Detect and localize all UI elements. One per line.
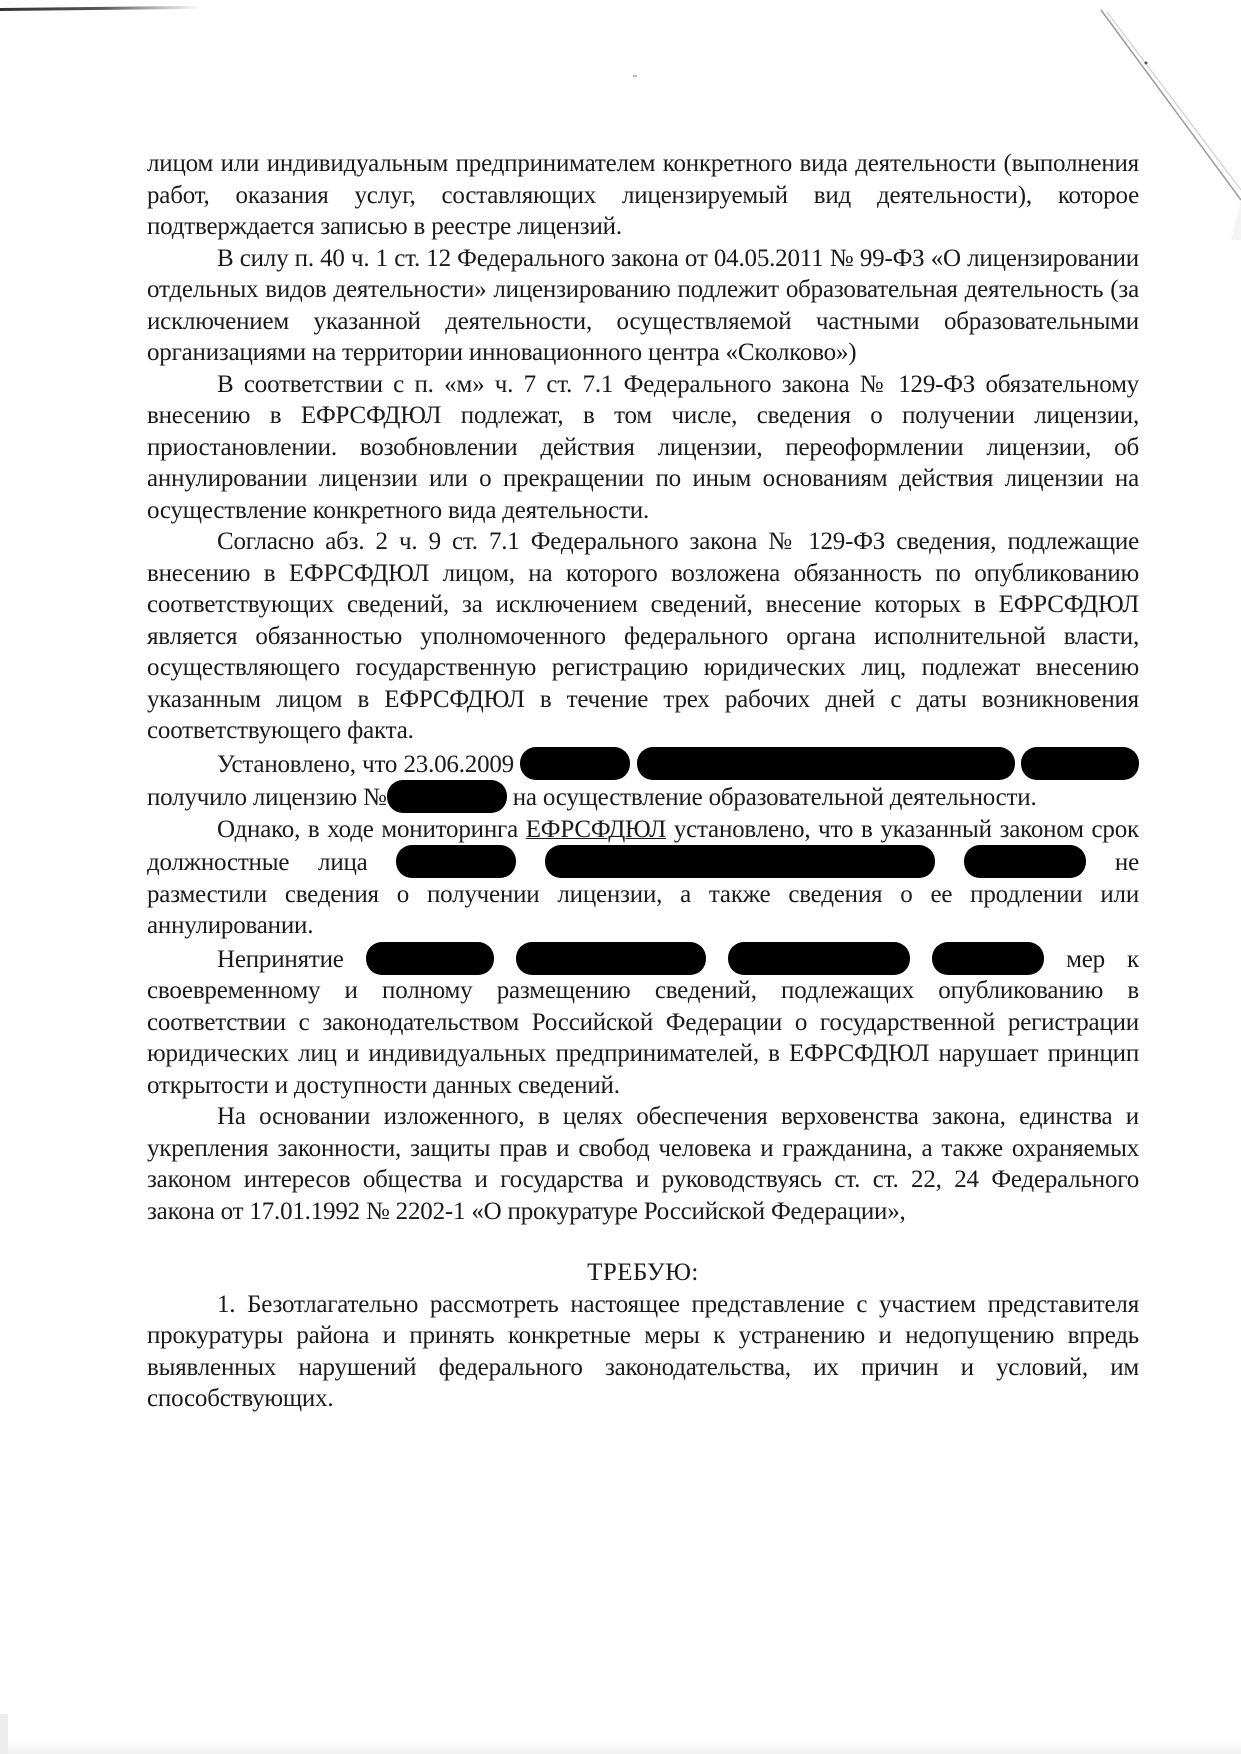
paragraph-5: Установлено, что 23.06.2009 получило лиц… — [147, 747, 1139, 814]
document-body: лицом или индивидуальным предпринимателе… — [147, 148, 1139, 1415]
redaction-block — [932, 942, 1044, 975]
redaction-block — [387, 780, 507, 813]
paragraph-1: лицом или индивидуальным предпринимателе… — [147, 148, 1139, 243]
redaction-block — [396, 845, 516, 878]
paragraph-3: В соответствии с п. «м» ч. 7 ст. 7.1 Фед… — [147, 369, 1139, 527]
scan-speck — [633, 75, 637, 77]
paragraph-7: Непринятие мер к своевременному и полном… — [147, 942, 1139, 1102]
scan-bottom-artifact — [0, 1740, 1241, 1754]
paragraph-2: В силу п. 40 ч. 1 ст. 12 Федерального за… — [147, 243, 1139, 369]
demand-heading: ТРЕБУЮ: — [147, 1257, 1139, 1289]
paragraph-6-text-a: Однако, в ходе мониторинга — [217, 816, 518, 843]
paragraph-5-text-c: на осуществление образовательной деятель… — [513, 784, 1037, 811]
paragraph-7-text-a: Непринятие — [217, 946, 344, 973]
scanned-page: лицом или индивидуальным предпринимателе… — [0, 0, 1241, 1754]
scan-left-artifact — [0, 1714, 8, 1754]
redaction-block — [366, 942, 494, 975]
paragraph-5-text-b: получило лицензию № — [147, 784, 387, 811]
redaction-block — [964, 845, 1086, 878]
paragraph-6: Однако, в ходе мониторинга ЕФРСФДЮЛ уста… — [147, 814, 1139, 942]
redaction-block — [516, 942, 706, 975]
redaction-block — [728, 942, 910, 975]
paragraph-8: На основании изложенного, в целях обеспе… — [147, 1101, 1139, 1227]
paragraph-6-registry-name: ЕФРСФДЮЛ — [526, 816, 666, 843]
demand-item-1: 1. Безотлагательно рассмотреть настоящее… — [147, 1289, 1139, 1415]
scan-edge-artifact — [0, 6, 200, 11]
redaction-block — [1021, 747, 1139, 780]
paragraph-4: Согласно абз. 2 ч. 9 ст. 7.1 Федеральног… — [147, 526, 1139, 747]
paragraph-5-text-a: Установлено, что 23.06.2009 — [217, 751, 514, 778]
redaction-block — [520, 747, 630, 780]
redaction-block — [637, 747, 1015, 780]
redaction-block — [545, 845, 935, 878]
